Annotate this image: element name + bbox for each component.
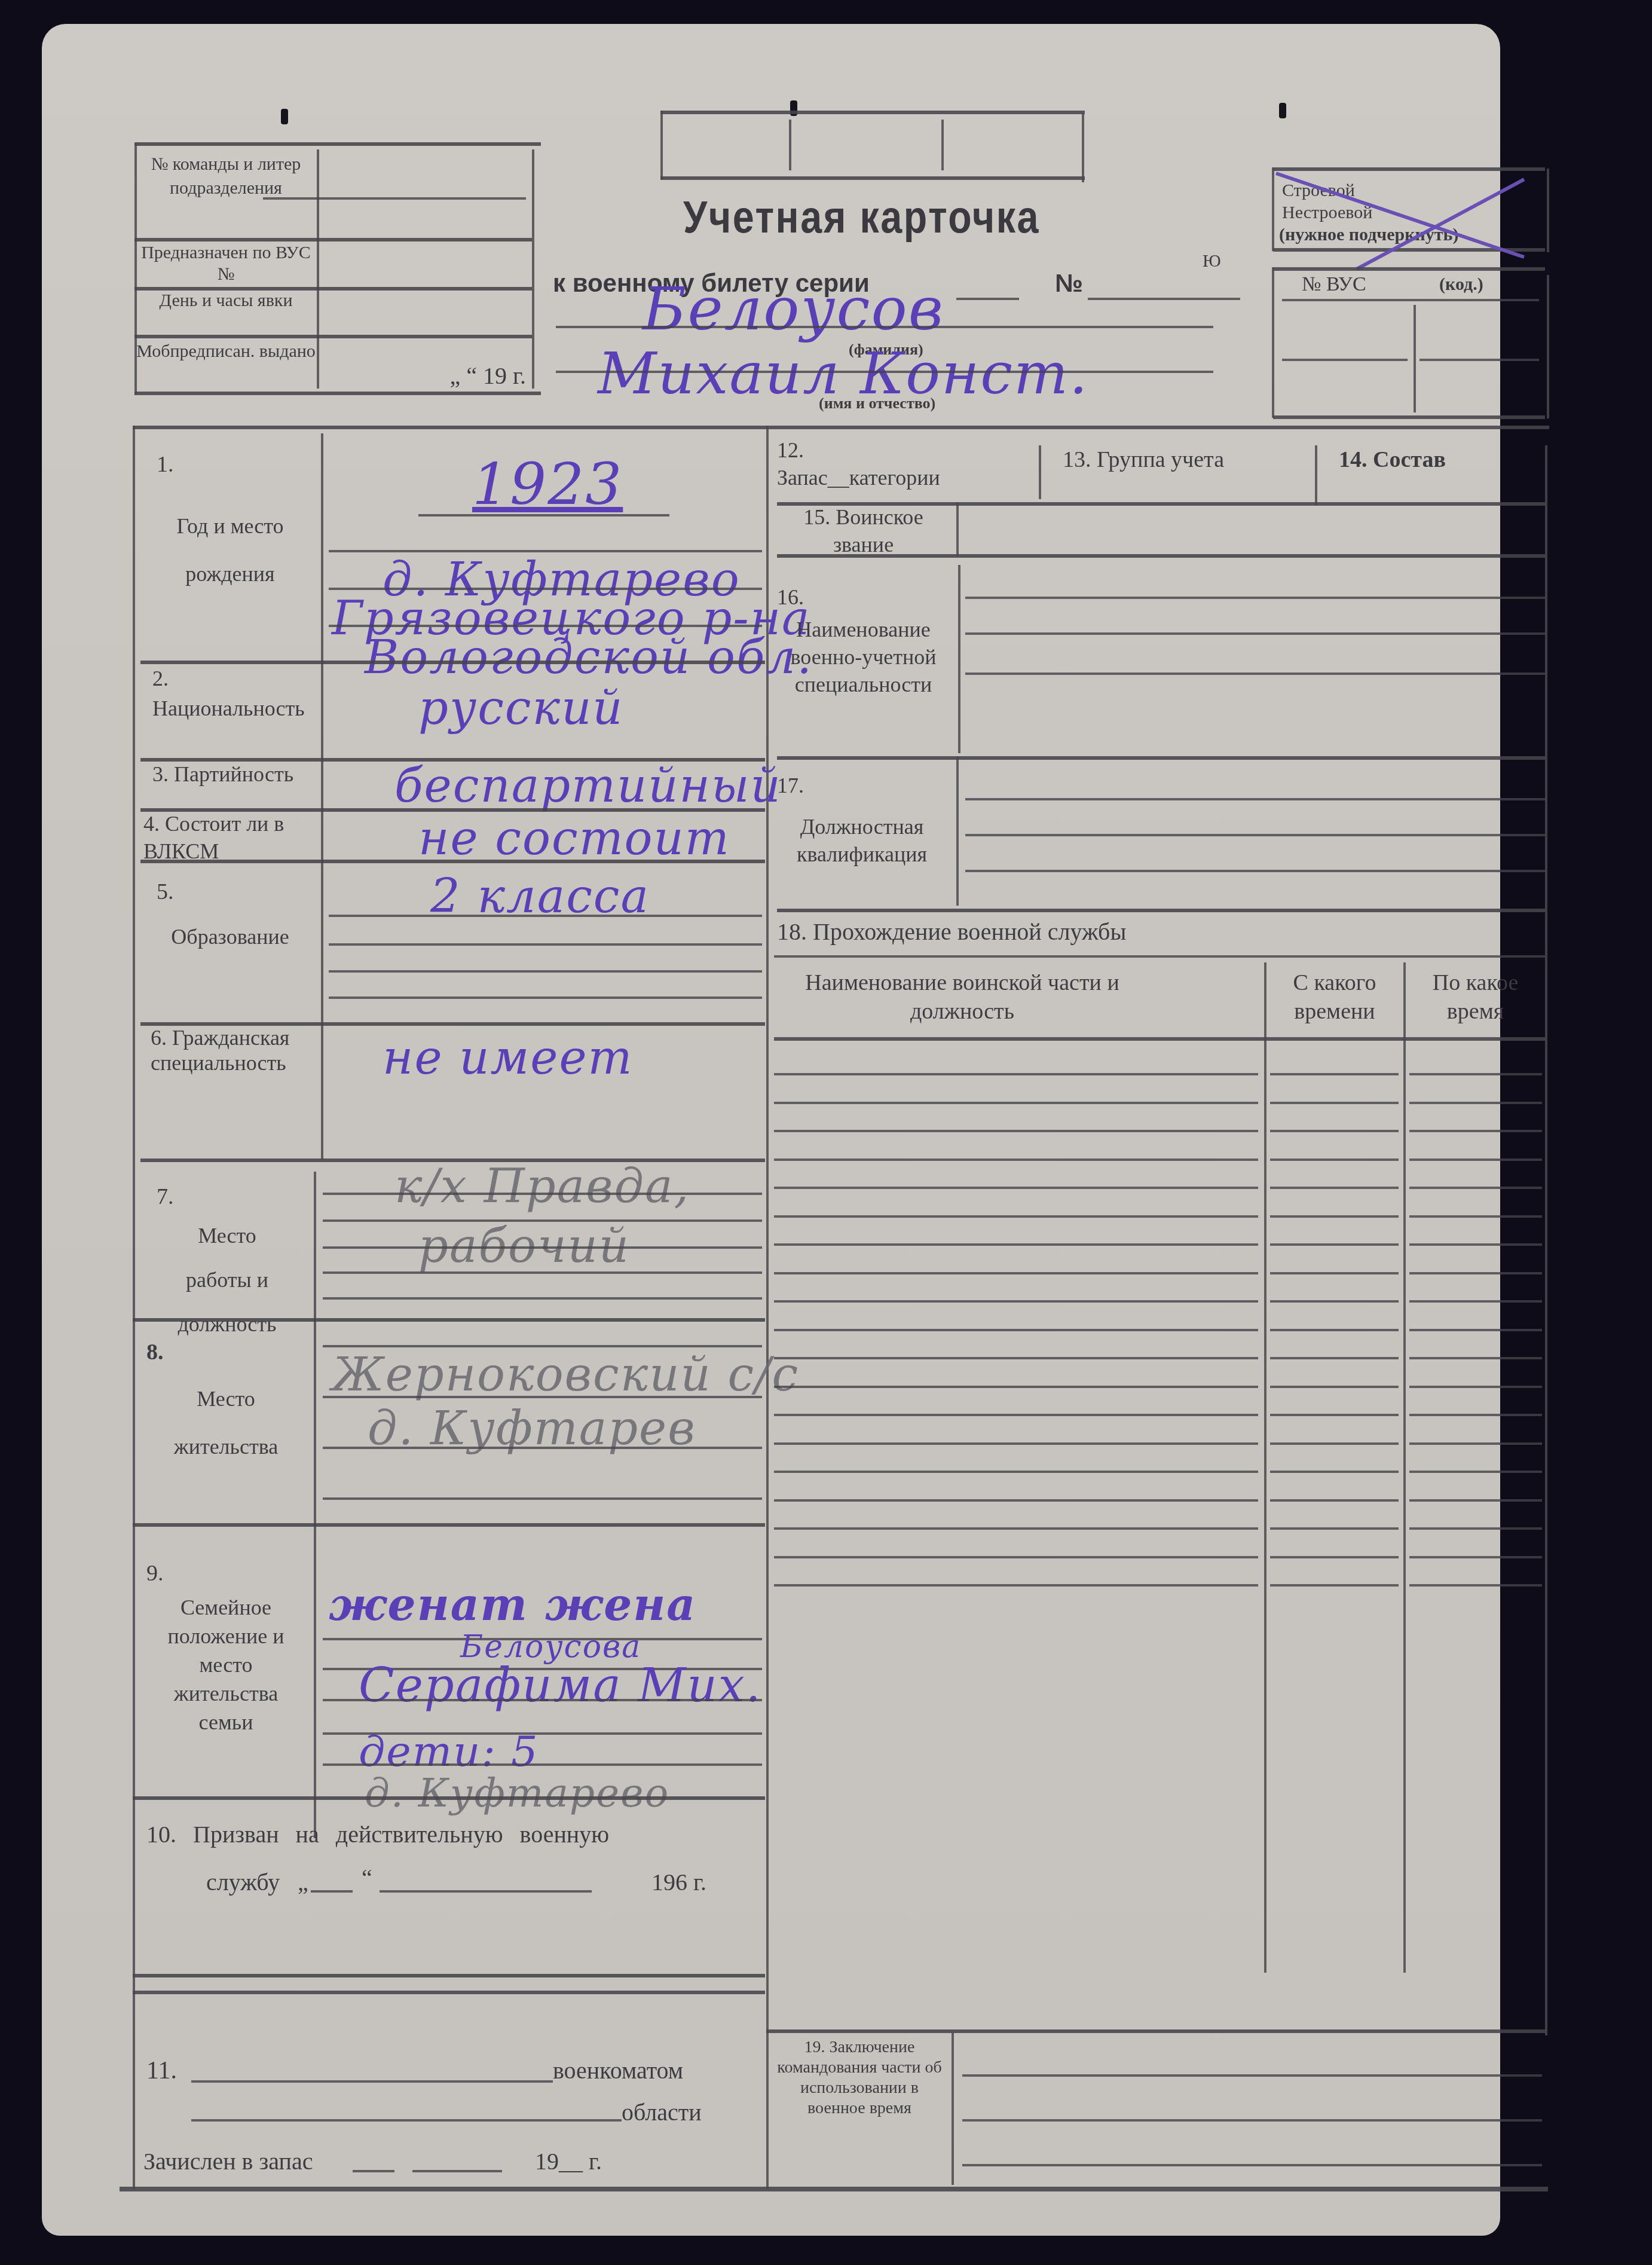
vus-label: № ВУС	[1302, 270, 1366, 299]
service-table-row-line	[1270, 1215, 1399, 1218]
service-table-row-line	[1270, 1073, 1399, 1075]
komsomol-value: не состоит	[418, 812, 730, 866]
service-table-row-line	[1409, 1102, 1542, 1104]
field-11-number: 11.	[146, 2056, 177, 2085]
service-table-row-line	[1409, 1073, 1542, 1075]
field-17-number: 17.	[777, 771, 804, 800]
service-table-row-line	[1270, 1102, 1399, 1104]
service-table-row-line	[1270, 1527, 1399, 1530]
service-table-row-line	[1270, 1357, 1399, 1359]
service-table-row-line	[1409, 1159, 1542, 1161]
service-table-row-line	[1409, 1471, 1542, 1473]
service-table-row-line	[1270, 1130, 1399, 1132]
field-14-label: 14. Состав	[1339, 445, 1446, 474]
service-table-row-line	[1270, 1499, 1399, 1502]
label-command-number: № команды и литер подразделения	[136, 152, 316, 200]
service-table-row-line	[774, 1102, 1258, 1104]
service-table-row-line	[1409, 1442, 1542, 1445]
field-5-number: 5.	[157, 879, 174, 905]
service-table-row-line	[774, 1584, 1258, 1587]
service-table-row-line	[1409, 1243, 1542, 1246]
service-table-row-line	[1409, 1386, 1542, 1388]
label-report-time: День и часы явки	[136, 290, 316, 311]
field-4-label: 4. Состоит ли в ВЛКСМ	[143, 810, 320, 865]
field-1-number: 1.	[157, 451, 174, 478]
punch-hole	[281, 109, 288, 124]
field-10-quote-close: “	[362, 1864, 372, 1893]
field-12-label: 12.Запас__категории	[777, 436, 940, 491]
service-table-row-line	[1409, 1499, 1542, 1502]
reserve-year: 19__ г.	[535, 2147, 602, 2176]
party-value: беспартийный	[394, 759, 782, 813]
service-table-row-line	[1270, 1442, 1399, 1445]
service-table-row-line	[774, 1159, 1258, 1161]
service-table-row-line	[1270, 1187, 1399, 1189]
field-10-label: 10. Призван на действительную военную	[146, 1820, 762, 1849]
service-table-row-line	[774, 1527, 1258, 1530]
service-table-row-line	[774, 1357, 1258, 1359]
service-table-row-line	[1270, 1471, 1399, 1473]
field-1-label: Год и место рождения	[140, 502, 320, 598]
service-table-row-line	[1409, 1527, 1542, 1530]
birth-year: 1923	[472, 457, 623, 511]
service-table-row-line	[774, 1556, 1258, 1558]
field-17-label: Должностная квалификация	[772, 813, 952, 868]
service-table-row-line	[774, 1073, 1258, 1075]
service-table-row-line	[774, 1329, 1258, 1331]
service-table-row-line	[1409, 1329, 1542, 1331]
service-table-row-line	[1409, 1584, 1542, 1587]
label-vus-assignment: Предназначен по ВУС №	[136, 242, 316, 285]
code-label: (код.)	[1439, 270, 1483, 299]
field-6-label: 6. Гражданская специальность	[151, 1025, 318, 1075]
wife-name: Серафима Мих.	[359, 1659, 761, 1713]
civil-specialty-value: не имеет	[383, 1031, 634, 1085]
punch-hole	[1279, 103, 1286, 118]
label-mob-order: Мобпредписан. выдано	[136, 340, 316, 363]
residence-council: Жерноковский с/с	[332, 1348, 799, 1402]
service-table-row-line	[774, 1499, 1258, 1502]
field-3-label: 3. Партийность	[152, 760, 320, 788]
service-col-unit: Наименование воинской части и должность	[777, 968, 1148, 1026]
service-table-row-line	[774, 1215, 1258, 1218]
service-table-row-line	[1270, 1584, 1399, 1587]
name-label: (имя и отчество)	[819, 395, 935, 412]
service-table-row-line	[1409, 1300, 1542, 1303]
service-table-row-line	[1409, 1414, 1542, 1416]
nationality-value: русский	[418, 681, 624, 735]
service-table-row-line	[1270, 1272, 1399, 1274]
field-10-service-label: службу	[206, 1868, 280, 1897]
field-10-quote: „	[298, 1868, 308, 1897]
number-sign: №	[1055, 269, 1083, 298]
service-table-row-line	[774, 1243, 1258, 1246]
service-table-row-line	[1409, 1215, 1542, 1218]
field-16-label: Наименование военно-учетной специальност…	[772, 616, 955, 698]
field-15-label: 15. Воинское звание	[772, 503, 955, 558]
corner-mark: Ю	[1203, 251, 1221, 271]
service-table-row-line	[1270, 1159, 1399, 1161]
field-2-label: 2. Национальность	[152, 664, 320, 723]
field-13-label: 13. Группа учета	[1063, 445, 1224, 474]
birth-region: Вологодской обл.	[365, 631, 813, 684]
field-7-number: 7.	[157, 1184, 174, 1210]
service-table-row-line	[1270, 1300, 1399, 1303]
service-table-row-line	[1270, 1414, 1399, 1416]
field-18-label: 18. Прохождение военной службы	[777, 918, 1126, 946]
workplace-value: к/х Правда,	[394, 1160, 690, 1213]
oblast-label: области	[622, 2098, 702, 2127]
service-table-row-line	[1270, 1556, 1399, 1558]
service-table-row-line	[1409, 1187, 1542, 1189]
family-residence: д. Куфтарево	[365, 1766, 669, 1820]
marital-status: женат жена	[329, 1578, 696, 1632]
field-19-label: 19. Заключение командования части об исп…	[770, 2037, 949, 2119]
service-table-row-line	[774, 1272, 1258, 1274]
field-7-label: Место работы и должность	[137, 1213, 317, 1346]
service-table-row-line	[774, 1187, 1258, 1189]
service-table-row-line	[774, 1130, 1258, 1132]
field-9-label: Семейное положение и место жительства се…	[136, 1593, 316, 1737]
voenkomat-label: военкоматом	[553, 2056, 683, 2085]
service-table-row-line	[1409, 1357, 1542, 1359]
field-8-number: 8.	[146, 1339, 164, 1365]
service-table-row-line	[1270, 1243, 1399, 1246]
service-table-row-line	[774, 1386, 1258, 1388]
service-table-row-line	[774, 1471, 1258, 1473]
document-title: Учетная карточка	[683, 191, 1040, 243]
service-table-row-line	[1409, 1556, 1542, 1558]
mob-order-date: „ “ 19 г.	[329, 362, 526, 390]
field-5-label: Образование	[140, 915, 320, 959]
service-table-row-line	[1409, 1272, 1542, 1274]
field-9-number: 9.	[146, 1560, 164, 1587]
service-table-row-line	[774, 1442, 1258, 1445]
service-col-from: С какого времени	[1266, 968, 1403, 1026]
field-10-year: 196 г.	[651, 1868, 706, 1897]
field-8-label: Место жительства	[136, 1375, 316, 1471]
service-table-row-line	[774, 1414, 1258, 1416]
field-16-number: 16.	[777, 583, 804, 612]
service-table-row-line	[1270, 1329, 1399, 1331]
service-table-row-line	[1270, 1386, 1399, 1388]
service-table-row-line	[774, 1300, 1258, 1303]
name-patronymic-value: Михаил Конст.	[598, 347, 1089, 401]
reserve-label: Зачислен в запас	[143, 2147, 313, 2176]
service-table-row-line	[1409, 1130, 1542, 1132]
service-col-to: По какое время	[1406, 968, 1545, 1026]
